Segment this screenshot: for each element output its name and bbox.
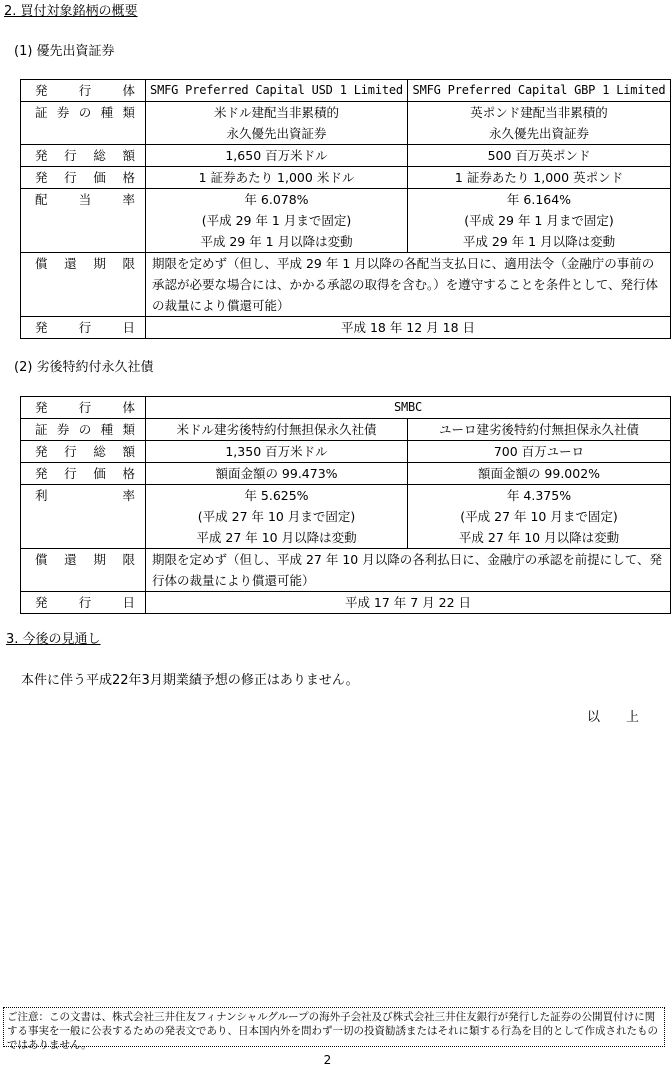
cell-value: 1,650 百万米ドル [146,145,408,167]
preferred-securities-table: 発 行 体 SMFG Preferred Capital USD 1 Limit… [20,79,671,339]
row-label: 発行総額 [21,145,146,167]
table-row-redemption: 償還期限 期限を定めず（但し、平成 29 年 1 月以降の各配当支払日に、適用法… [21,253,671,317]
cell-value: 年 6.164%(平成 29 年 1 月まで固定)平成 29 年 1 月以降は変… [408,189,671,253]
row-label: 証券の種類 [21,419,146,441]
row-label: 発 行 体 [21,397,146,419]
page-number: 2 [0,1053,655,1067]
row-label: 証券の種類 [21,102,146,145]
row-label: 発 行 体 [21,80,146,102]
table-row-total: 発行総額 1,650 百万米ドル 500 百万英ポンド [21,145,671,167]
cell-value: SMFG Preferred Capital USD 1 Limited [146,80,408,102]
cell-value: 年 6.078%(平成 29 年 1 月まで固定)平成 29 年 1 月以降は変… [146,189,408,253]
cell-value: 額面金額の 99.473% [146,463,408,485]
table-row-issue-date: 発 行 日 平成 18 年 12 月 18 日 [21,317,671,339]
cell-value: ユーロ建劣後特約付無担保永久社債 [408,419,671,441]
cell-value: 1,350 百万米ドル [146,441,408,463]
table-row-rate: 利 率 年 5.625%(平成 27 年 10 月まで固定)平成 27 年 10… [21,485,671,549]
section2-heading: 2. 買付対象銘柄の概要 [4,0,138,19]
row-label: 償還期限 [21,549,146,592]
row-label: 発 行 日 [21,592,146,614]
table-row-price: 発行価格 1 証券あたり 1,000 米ドル 1 証券あたり 1,000 英ポン… [21,167,671,189]
cell-value: 平成 18 年 12 月 18 日 [146,317,671,339]
row-label: 発行価格 [21,167,146,189]
table-row-type: 証券の種類 米ドル建劣後特約付無担保永久社債 ユーロ建劣後特約付無担保永久社債 [21,419,671,441]
row-label: 配 当 率 [21,189,146,253]
cell-value: 年 5.625%(平成 27 年 10 月まで固定)平成 27 年 10 月以降… [146,485,408,549]
cell-value: SMBC [146,397,671,419]
forecast-statement: 本件に伴う平成22年3月期業績予想の修正はありません。 [21,669,359,688]
cell-value: 700 百万ユーロ [408,441,671,463]
table-row-total: 発行総額 1,350 百万米ドル 700 百万ユーロ [21,441,671,463]
cell-value: 年 4.375%(平成 27 年 10 月まで固定)平成 27 年 10 月以降… [408,485,671,549]
table-row-redemption: 償還期限 期限を定めず（但し、平成 27 年 10 月以降の各利払日に、金融庁の… [21,549,671,592]
cell-value: 期限を定めず（但し、平成 27 年 10 月以降の各利払日に、金融庁の承認を前提… [146,549,671,592]
row-label: 発行価格 [21,463,146,485]
subordinated-bonds-table: 発 行 体 SMBC 証券の種類 米ドル建劣後特約付無担保永久社債 ユーロ建劣後… [20,396,671,614]
table-row-rate: 配 当 率 年 6.078%(平成 29 年 1 月まで固定)平成 29 年 1… [21,189,671,253]
cell-value: 期限を定めず（但し、平成 29 年 1 月以降の各配当支払日に、適用法令（金融庁… [146,253,671,317]
row-label: 発行総額 [21,441,146,463]
disclaimer-notice: ご注意：この文書は、株式会社三井住友フィナンシャルグループの海外子会社及び株式会… [3,1007,665,1047]
closing-mark: 以 上 [587,706,639,725]
cell-value: 英ポンド建配当非累積的永久優先出資証券 [408,102,671,145]
table-row-issuer: 発 行 体 SMBC [21,397,671,419]
row-label: 発 行 日 [21,317,146,339]
cell-value: 米ドル建劣後特約付無担保永久社債 [146,419,408,441]
cell-value: 額面金額の 99.002% [408,463,671,485]
row-label: 利 率 [21,485,146,549]
cell-value: 1 証券あたり 1,000 米ドル [146,167,408,189]
cell-value: 米ドル建配当非累積的永久優先出資証券 [146,102,408,145]
table-row-issue-date: 発 行 日 平成 17 年 7 月 22 日 [21,592,671,614]
section3-heading: 3. 今後の見通し [6,628,101,647]
table-row-type: 証券の種類 米ドル建配当非累積的永久優先出資証券 英ポンド建配当非累積的永久優先… [21,102,671,145]
table-row-price: 発行価格 額面金額の 99.473% 額面金額の 99.002% [21,463,671,485]
cell-value: 1 証券あたり 1,000 英ポンド [408,167,671,189]
sub2-title: (2) 劣後特約付永久社債 [14,356,154,375]
row-label: 償還期限 [21,253,146,317]
table-row-issuer: 発 行 体 SMFG Preferred Capital USD 1 Limit… [21,80,671,102]
sub1-title: (1) 優先出資証券 [14,40,115,59]
cell-value: 500 百万英ポンド [408,145,671,167]
cell-value: SMFG Preferred Capital GBP 1 Limited [408,80,671,102]
cell-value: 平成 17 年 7 月 22 日 [146,592,671,614]
